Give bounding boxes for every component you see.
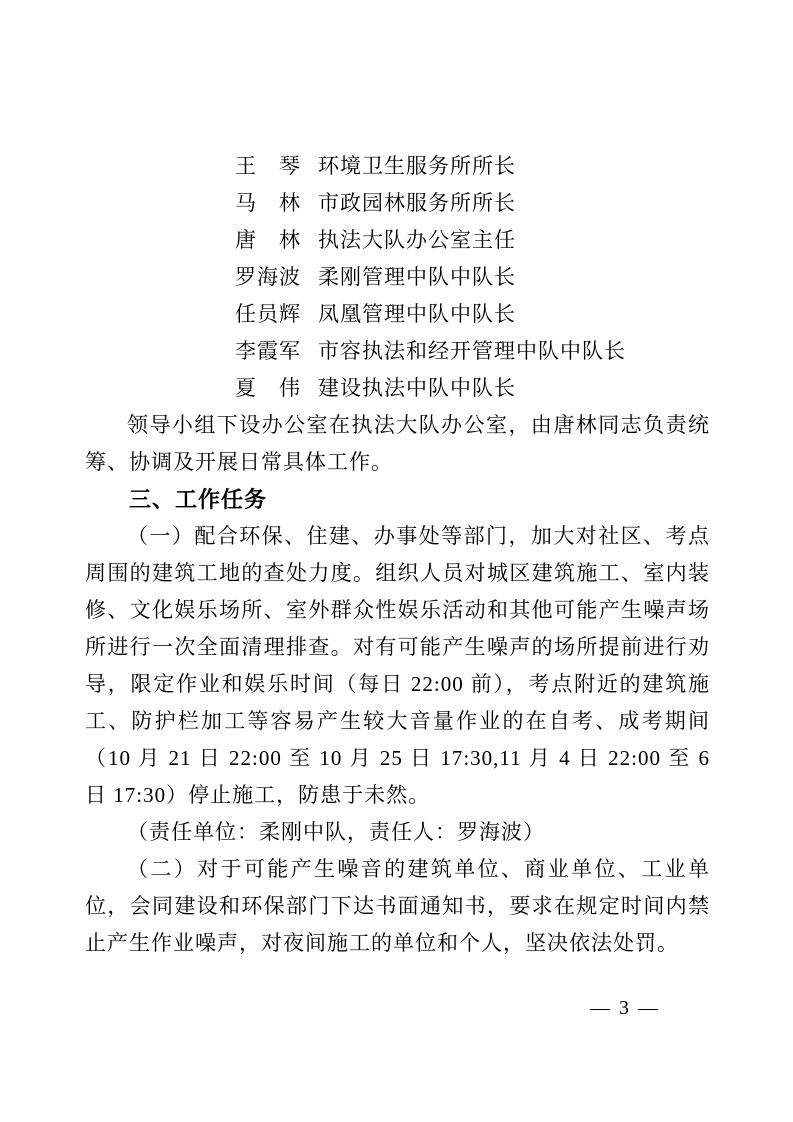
roster-name: 王 琴	[235, 148, 301, 185]
document-page: 王 琴环境卫生服务所所长 马 林市政园林服务所所长 唐 林执法大队办公室主任 罗…	[0, 0, 793, 1122]
roster-title: 市容执法和经开管理中队中队长	[318, 333, 626, 370]
roster-row: 夏 伟建设执法中队中队长	[85, 370, 710, 407]
roster-row: 任员辉凤凰管理中队中队长	[85, 296, 710, 333]
roster-title: 市政园林服务所所长	[318, 185, 516, 222]
roster-title: 建设执法中队中队长	[318, 370, 516, 407]
roster-row: 李霞军市容执法和经开管理中队中队长	[85, 333, 710, 370]
leader-roster: 王 琴环境卫生服务所所长 马 林市政园林服务所所长 唐 林执法大队办公室主任 罗…	[85, 148, 710, 407]
task-2-paragraph: （二）对于可能产生噪音的建筑单位、商业单位、工业单位，会同建设和环保部门下达书面…	[85, 851, 710, 962]
roster-row: 罗海波柔刚管理中队中队长	[85, 259, 710, 296]
roster-title: 凤凰管理中队中队长	[318, 296, 516, 333]
task-1-responsibility-line: （责任单位：柔刚中队，责任人：罗海波）	[85, 814, 710, 851]
roster-name: 李霞军	[235, 333, 301, 370]
page-number: — 3 —	[590, 994, 660, 1022]
task-1-paragraph: （一）配合环保、住建、办事处等部门，加大对社区、考点周围的建筑工地的查处力度。组…	[85, 518, 710, 814]
roster-title: 执法大队办公室主任	[318, 222, 516, 259]
roster-title: 环境卫生服务所所长	[318, 148, 516, 185]
roster-name: 马 林	[235, 185, 301, 222]
office-note-paragraph: 领导小组下设办公室在执法大队办公室，由唐林同志负责统筹、协调及开展日常具体工作。	[85, 407, 710, 481]
roster-title: 柔刚管理中队中队长	[318, 259, 516, 296]
roster-row: 王 琴环境卫生服务所所长	[85, 148, 710, 185]
roster-name: 罗海波	[235, 259, 301, 296]
roster-name: 唐 林	[235, 222, 301, 259]
section-heading-work-tasks: 三、工作任务	[85, 481, 710, 518]
roster-name: 夏 伟	[235, 370, 301, 407]
document-body: 王 琴环境卫生服务所所长 马 林市政园林服务所所长 唐 林执法大队办公室主任 罗…	[85, 148, 710, 962]
roster-row: 马 林市政园林服务所所长	[85, 185, 710, 222]
roster-name: 任员辉	[235, 296, 301, 333]
roster-row: 唐 林执法大队办公室主任	[85, 222, 710, 259]
